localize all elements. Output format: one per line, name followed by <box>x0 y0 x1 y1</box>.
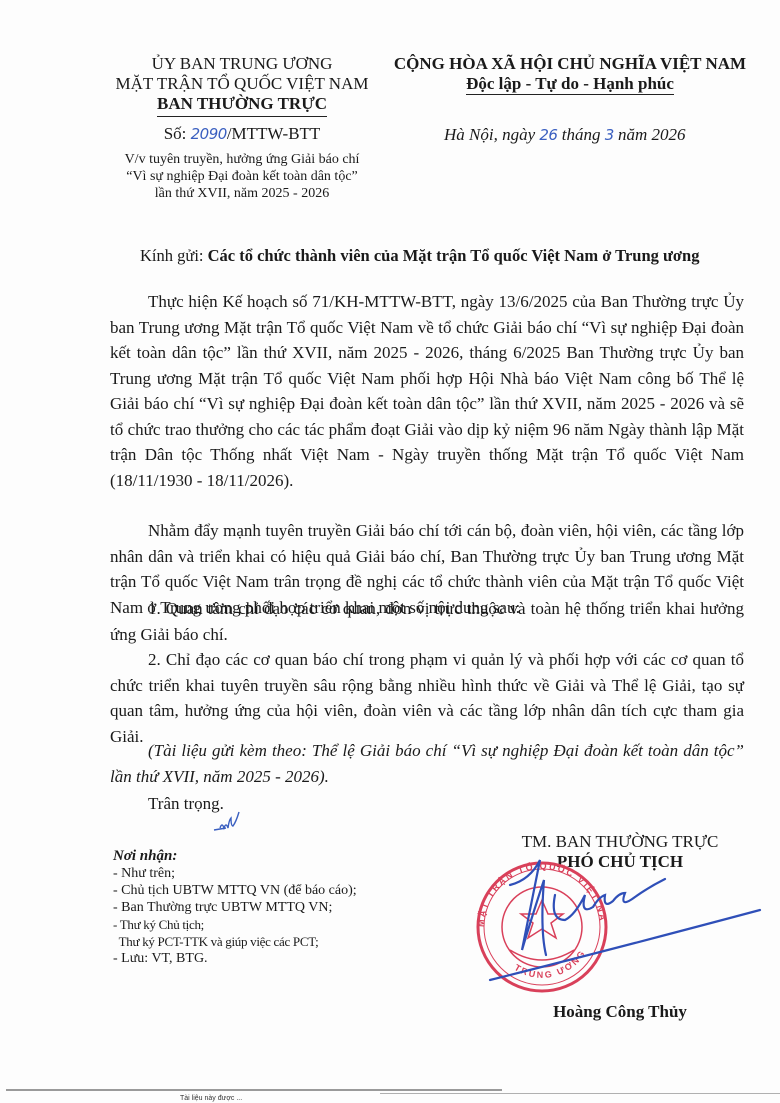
national-header: CỘNG HÒA XÃ HỘI CHỦ NGHĨA VIỆT NAM Độc l… <box>374 54 766 94</box>
issuer-header: ỦY BAN TRUNG ƯƠNG MẶT TRẬN TỔ QUỐC VIỆT … <box>100 54 384 202</box>
signer-on-behalf: TM. BAN THƯỜNG TRỰC <box>470 832 770 852</box>
footer-note: Tài liệu này được ... <box>180 1095 242 1102</box>
addressee: Các tổ chức thành viên của Mặt trận Tổ q… <box>208 246 700 265</box>
issuer-department: BAN THƯỜNG TRỰC <box>100 94 384 114</box>
issuer-org-line1: ỦY BAN TRUNG ƯƠNG <box>100 54 384 74</box>
request-item-1: 1. Quan tâm chỉ đạo các cơ quan, đơn vị … <box>110 596 744 647</box>
distribution-item: - Thư ký Chủ tịch; <box>113 916 357 933</box>
body-paragraph-1: Thực hiện Kế hoạch số 71/KH-MTTW-BTT, ng… <box>110 289 744 493</box>
issuer-org-line2: MẶT TRẬN TỔ QUỐC VIỆT NAM <box>100 74 384 94</box>
distribution-item: - Ban Thường trực UBTW MTTQ VN; <box>113 899 357 916</box>
nation-name: CỘNG HÒA XÃ HỘI CHỦ NGHĨA VIỆT NAM <box>374 54 766 74</box>
attachment-note: (Tài liệu gửi kèm theo: Thể lệ Giải báo … <box>110 738 744 789</box>
distribution-item: - Chủ tịch UBTW MTTQ VN (để báo cáo); <box>113 882 357 899</box>
handwritten-initials-icon <box>212 808 252 836</box>
signer-name: Hoàng Công Thủy <box>470 1002 770 1022</box>
footer-divider <box>6 1089 502 1091</box>
document-subject: V/v tuyên truyền, hưởng ứng Giải báo chí… <box>100 151 384 202</box>
handwritten-month: 3 <box>605 126 614 144</box>
request-item-2: 2. Chỉ đạo các cơ quan báo chí trong phạ… <box>110 647 744 749</box>
official-seal-icon: MẶT TRẬN TỔ QUỐC VIỆT NAM TRUNG ƯƠNG <box>470 855 770 1005</box>
document-number: Số: 2090/MTTW-BTT <box>100 123 384 145</box>
distribution-item: Thư ký PCT-TTK và giúp việc các PCT; <box>113 933 357 950</box>
distribution-title: Nơi nhận: <box>113 848 357 865</box>
distribution-item: - Như trên; <box>113 865 357 882</box>
footer-divider <box>380 1093 780 1094</box>
distribution-item: - Lưu: VT, BTG. <box>113 950 357 967</box>
addressee-line: Kính gửi: Các tổ chức thành viên của Mặt… <box>140 246 699 266</box>
handwritten-day: 26 <box>539 126 557 144</box>
handwritten-number: 2090 <box>191 125 227 143</box>
distribution-list: Nơi nhận: - Như trên; - Chủ tịch UBTW MT… <box>113 848 357 967</box>
document-date: Hà Nội, ngày 26 tháng 3 năm 2026 <box>444 125 686 145</box>
national-motto: Độc lập - Tự do - Hạnh phúc <box>374 74 766 94</box>
header-divider <box>157 116 327 117</box>
